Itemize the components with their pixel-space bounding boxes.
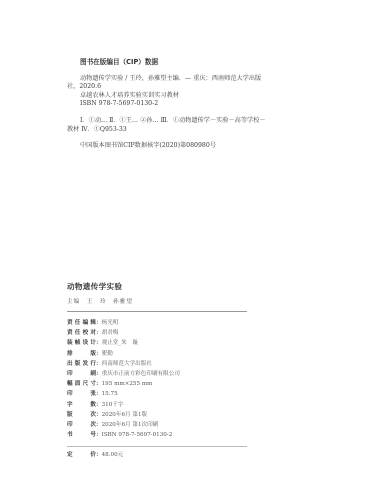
detail-label: 装帧设计 [67, 338, 96, 348]
detail-label: 定价 [67, 450, 96, 460]
price-row: 定价：48.00元 [67, 450, 247, 460]
detail-row: 版次：2020年6月 第1版 [67, 410, 247, 420]
book-title: 动物遗传学实验 [67, 281, 247, 292]
detail-row: 责任校对：胡君梅 [67, 328, 247, 338]
divider-price [67, 446, 247, 447]
detail-row: 印次：2020年6月 第1次印刷 [67, 420, 247, 430]
cip-isbn: ISBN 978-7-5697-0130-2 [67, 100, 267, 109]
detail-label: 幅面尺寸 [67, 379, 96, 389]
detail-value: 2020年6月 第1次印刷 [102, 420, 159, 430]
detail-value: 胡君梅 [102, 328, 119, 338]
detail-row: 书号：ISBN 978-7-5697-0130-2 [67, 430, 247, 440]
detail-row: 责任编辑：杨光明 [67, 318, 247, 328]
detail-value: 310千字 [102, 400, 124, 410]
cip-block: 图书在版编目（CIP）数据 动物遗传学实验 / 王玲，孙雅望主编．— 重庆：西南… [67, 58, 267, 151]
detail-value: 观止堂_朱 璇 [102, 338, 138, 348]
detail-value: 195 mm×255 mm [102, 379, 153, 389]
detail-value: 15.75 [102, 389, 118, 399]
detail-row: 印张：15.75 [67, 389, 247, 399]
detail-label: 责任编辑 [67, 318, 96, 328]
imprint-block: 动物遗传学实验 主编 王 玲 孙雅望 责任编辑：杨光明责任校对：胡君梅装帧设计：… [67, 281, 247, 461]
cip-series: 卓越农林人才培养实验实训实习教材 [67, 92, 267, 101]
detail-label: 排版 [67, 349, 96, 359]
detail-label: 版次 [67, 410, 96, 420]
detail-row: 印刷：重庆市正前方彩色印刷有限公司 [67, 369, 247, 379]
detail-label: 字数 [67, 400, 96, 410]
detail-row: 出版发行：西南师范大学出版社 [67, 359, 247, 369]
editors-line: 主编 王 玲 孙雅望 [67, 297, 247, 305]
detail-label: 印刷 [67, 369, 96, 379]
detail-value: ISBN 978-7-5697-0130-2 [102, 430, 173, 440]
imprint-details: 责任编辑：杨光明责任校对：胡君梅装帧设计：观止堂_朱 璇排版：瞿勤出版发行：西南… [67, 318, 247, 440]
detail-value: 48.00元 [102, 450, 124, 460]
cip-cataloging-number: 中国版本图书馆CIP数据核字(2020)第080980号 [67, 142, 267, 151]
detail-row: 幅面尺寸：195 mm×255 mm [67, 379, 247, 389]
detail-label: 印次 [67, 420, 96, 430]
detail-row: 字数：310千字 [67, 400, 247, 410]
cip-title: 图书在版编目（CIP）数据 [80, 58, 267, 67]
detail-label: 出版发行 [67, 359, 96, 369]
detail-value: 重庆市正前方彩色印刷有限公司 [102, 369, 180, 379]
detail-row: 装帧设计：观止堂_朱 璇 [67, 338, 247, 348]
detail-value: 西南师范大学出版社 [102, 359, 152, 369]
detail-label: 印张 [67, 389, 96, 399]
detail-label: 责任校对 [67, 328, 96, 338]
cip-citation: 动物遗传学实验 / 王玲，孙雅望主编．— 重庆：西南师范大学出版社，2020.6 [67, 75, 267, 92]
detail-value: 2020年6月 第1版 [102, 410, 148, 420]
detail-row: 排版：瞿勤 [67, 349, 247, 359]
detail-label: 书号 [67, 430, 96, 440]
detail-value: 瞿勤 [102, 349, 113, 359]
cip-classification: Ⅰ．①动… Ⅱ．①王… ②孙… Ⅲ．①动物遗传学－实验－高等学校－教材 Ⅳ．①Q… [67, 117, 267, 134]
detail-value: 杨光明 [102, 318, 119, 328]
divider [67, 311, 247, 312]
